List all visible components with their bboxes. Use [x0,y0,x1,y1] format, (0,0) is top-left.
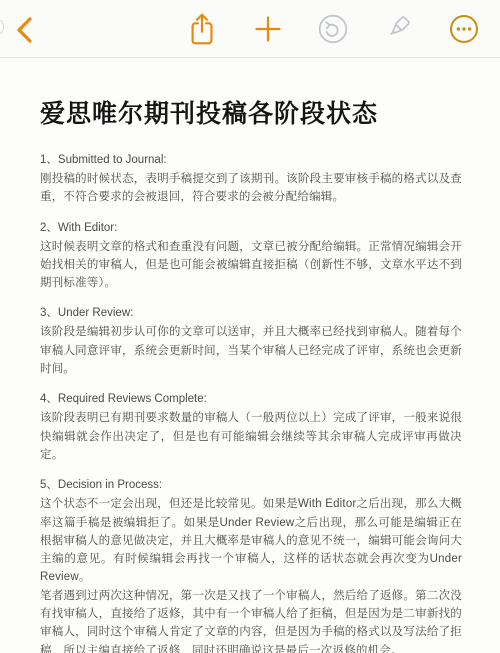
section-paragraph: 笔者遇到过两次这种情况，第一次是又找了一个审稿人，然后给了返修。第二次没有找审稿… [40,587,462,653]
share-icon [188,12,216,49]
section-heading: 5、Decision in Process: [40,476,462,494]
section-paragraph: 这个状态不一定会出现，但还是比较常见。如果是With Editor之后出现，那么… [40,495,462,586]
note-document[interactable]: 爱思唯尔期刊投稿各阶段状态 1、Submitted to Journal:刚投稿… [0,58,500,653]
markup-button[interactable] [377,10,421,50]
section-paragraph: 这时候表明文章的格式和查重没有问题，文章已被分配给编辑。正常情况编辑会开始找相关… [40,238,462,293]
document-section-1: 1、Submitted to Journal:刚投稿的时候状态，表明手稿提交到了… [40,151,462,207]
document-section-3: 3、Under Review:该阶段是编辑初步认可你的文章可以送审，并且大概率已… [40,304,462,378]
section-paragraph: 该阶段是编辑初步认可你的文章可以送审，并且大概率已经找到审稿人。随着每个审稿人同… [40,323,462,378]
section-paragraph: 该阶段表明已有期刊要求数量的审稿人（一般两位以上）完成了评审，一般来说很快编辑就… [40,409,462,464]
section-heading: 3、Under Review: [40,304,462,322]
document-section-4: 4、Required Reviews Complete:该阶段表明已有期刊要求数… [40,390,462,464]
section-heading: 2、With Editor: [40,219,462,237]
section-heading: 4、Required Reviews Complete: [40,390,462,408]
document-section-2: 2、With Editor:这时候表明文章的格式和查重没有问题，文章已被分配给编… [40,219,462,293]
section-heading: 1、Submitted to Journal: [40,151,462,169]
add-note-button[interactable] [246,10,290,50]
share-button[interactable] [180,10,224,50]
undo-button[interactable] [311,10,355,50]
chevron-left-icon [14,15,36,48]
more-ellipsis-icon [449,14,479,47]
undo-icon [318,14,348,47]
toolbar-actions [180,10,486,50]
plus-icon [253,14,283,47]
more-button[interactable] [442,10,486,50]
document-section-5: 5、Decision in Process:这个状态不一定会出现，但还是比较常见… [40,476,462,653]
toolbar [0,0,500,58]
document-sections: 1、Submitted to Journal:刚投稿的时候状态，表明手稿提交到了… [40,151,462,653]
markup-brush-icon [383,13,415,48]
section-paragraph: 刚投稿的时候状态，表明手稿提交到了该期刊。该阶段主要审核手稿的格式以及查重，不符… [40,170,462,207]
page-title: 爱思唯尔期刊投稿各阶段状态 [40,99,462,130]
cropped-edge-icon [0,20,4,34]
back-button[interactable] [10,14,40,48]
